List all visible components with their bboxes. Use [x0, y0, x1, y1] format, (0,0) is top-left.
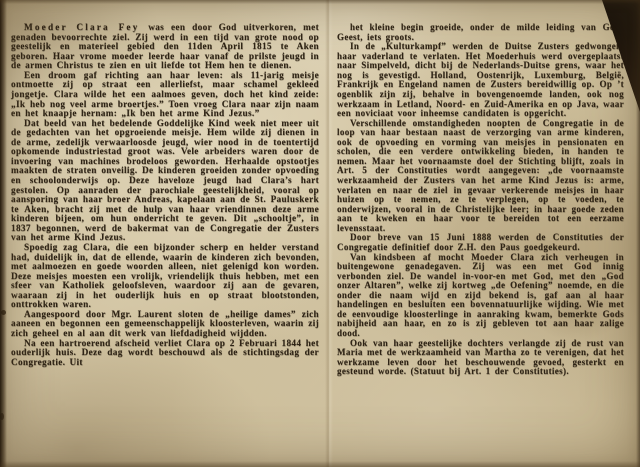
paragraph-lead: Moeder Clara Fey [24, 22, 148, 32]
text-column-right: het kleine begin groeide, onder de milde… [337, 23, 624, 377]
text-column-left: Moeder Clara Fey was een door God uitver… [11, 23, 319, 367]
paragraph: Spoedig zag Clara, die een bijzonder sch… [11, 243, 319, 310]
paragraph: Een droom gaf richting aan haar leven: a… [11, 71, 319, 119]
paragraph: Dat beeld van het bedelende Goddelijke K… [11, 119, 319, 243]
page-fold-crease [325, 0, 333, 467]
photo-edge-bottom [0, 461, 640, 467]
paragraph: het kleine begin groeide, onder de milde… [337, 23, 624, 42]
photo-edge-top [0, 0, 640, 4]
paragraph: Door breve van 15 Juni 1888 werden de Co… [337, 233, 624, 252]
paragraph: In de „Kulturkampf” werden de Duitse Zus… [337, 42, 624, 119]
document-photo: Moeder Clara Fey was een door God uitver… [0, 0, 640, 467]
photo-edge-right [636, 0, 640, 467]
photo-edge-left [0, 0, 7, 467]
paragraph: Ook van haar geestelijke dochters verlan… [337, 339, 624, 377]
paragraph: Van kindsbeen af mocht Moeder Clara zich… [337, 253, 624, 339]
paragraph: Aangespoord door Mgr. Laurent sloten de … [11, 310, 319, 339]
paragraph: Na een hartroerend afscheid verliet Clar… [11, 339, 319, 368]
paragraph: Moeder Clara Fey was een door God uitver… [11, 23, 319, 71]
paragraph: Verschillende omstandigheden noopten de … [337, 119, 624, 234]
